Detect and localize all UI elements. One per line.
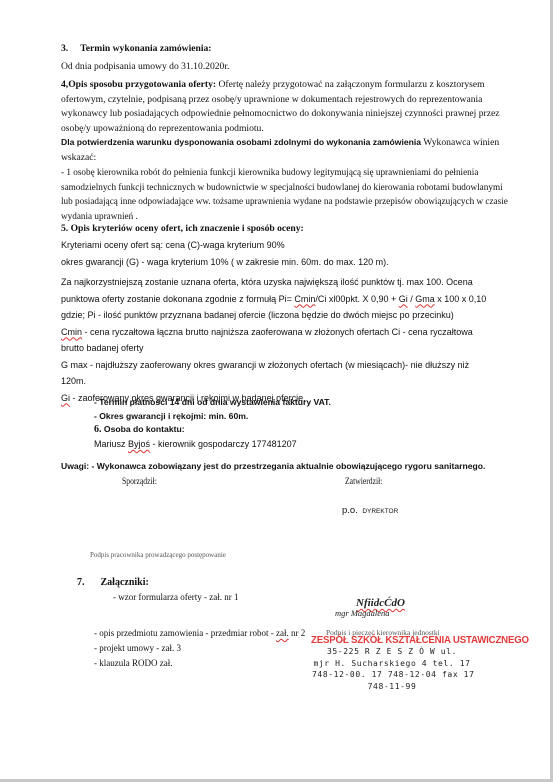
section-4-line: ofertowym, czytelnie, podpisaną przez os… [61, 93, 501, 108]
contact-first-name: Mariusz [94, 439, 128, 449]
formula-cmin: Cmin [294, 294, 315, 304]
notes: Uwagi: - Wykonawca zobowiązany jest do p… [61, 461, 485, 471]
director-label: p.o. DYREKTOR [342, 500, 398, 518]
attachment-item: - opis przedmiotu zamowienia - przedmiar… [94, 628, 305, 638]
formula-text: punktowa oferty zostanie dokonana zgodni… [61, 294, 294, 304]
document-page: 3.Termin wykonania zamówienia: Od dnia p… [0, 0, 553, 782]
section-4-heading: 4,Opis sposobu przygotowania oferty: [61, 79, 216, 90]
section-4-line: osobę/y upoważnioną do reprezentowania p… [61, 122, 501, 137]
section-4-line: wykonawcy lub posiadających odpowiednie … [61, 107, 501, 122]
attachment-flag: zał. [276, 628, 289, 638]
qualification-intro-rest: Wykonawca winien [421, 137, 499, 148]
qualification-line: wskazać: [61, 151, 501, 166]
formula-line: Za najkorzystniejszą zostanie uznana ofe… [61, 274, 511, 291]
qualification-line: wydania uprawnień . [61, 209, 501, 224]
attachment-item: - projekt umowy - zał. 3 [94, 643, 181, 653]
section-7-heading: 7.Załączniki: [77, 577, 149, 588]
stamp-address-line: 748-11-99 [312, 681, 472, 693]
criterion-warranty: okres gwarancji (G) - waga kryterium 10%… [61, 254, 486, 271]
director-prefix: p.o. [342, 505, 358, 516]
formula-gma: Gma [415, 294, 435, 304]
formula-line: punktowa oferty zostanie dokonana zgodni… [61, 291, 511, 308]
formula-text: x 100 x 0,10 [435, 294, 487, 304]
formula-gi: Gi [61, 393, 70, 403]
qualification-intro: Dla potwierdzenia warunku dysponowania o… [61, 137, 421, 147]
section-title: Załączniki: [101, 577, 149, 588]
section-number: 7. [77, 577, 85, 588]
qualification-line: samodzielnych funkcji technicznych w bud… [61, 180, 501, 195]
section-4-line: Ofertę należy przygotować na załączonym … [216, 79, 485, 90]
approved-by-label: Zatwierdził: [345, 476, 382, 486]
contact-details: - kierownik gospodarczy 177481207 [150, 439, 297, 449]
formula-text: /Ci xl00pkt. X 0,90 + [315, 294, 398, 304]
qualification-line: lub posiadającą inne odpowiadające ww. t… [61, 194, 501, 209]
signature-name: mgr Magdalena [335, 608, 390, 618]
formula-paragraph: Za najkorzystniejszą zostanie uznana ofe… [61, 274, 511, 406]
section-title: Termin wykonania zamówienia: [80, 43, 211, 54]
formula-line: G max - najdłuższy zaoferowany okres gwa… [61, 357, 511, 374]
contact-surname: Byjoś [128, 439, 150, 449]
section-3-heading: 3.Termin wykonania zamówienia: [61, 43, 212, 54]
formula-line: 120m. [61, 373, 511, 390]
section-5-heading: 5. Opis kryteriów oceny ofert, ich znacz… [61, 223, 304, 234]
section-number: 6. [94, 424, 102, 435]
stamp-address-line: 35-225 R Z E S Z Ó W ul. [312, 646, 472, 658]
attachment-text: - opis przedmiotu zamowienia - przedmiar… [94, 628, 276, 638]
section-6-heading: 6. Osoba do kontaktu: [94, 424, 185, 435]
attachment-text: nr 2 [289, 628, 306, 638]
warranty-term: - Okres gwarancji i rękojmi: min. 60m. [94, 411, 248, 421]
formula-cmin: Cmin [61, 327, 82, 337]
stamp-address: 35-225 R Z E S Z Ó W ul. mjr H. Sucharsk… [312, 646, 472, 692]
stamp-address-line: mjr H. Sucharskiego 4 tel. 17 [312, 658, 472, 670]
prepared-by-label: Sporządził: [122, 476, 157, 486]
section-4-paragraph: 4,Opis sposobu przygotowania oferty: Ofe… [61, 78, 501, 136]
qualification-line: - 1 osobę kierownika robót do pełnienia … [61, 165, 501, 180]
attachment-item: - klauzula RODO zał. [94, 658, 172, 668]
qualification-paragraph: Dla potwierdzenia warunku dysponowania o… [61, 135, 501, 223]
attachment-item: - wzor formularza oferty - zał. nr 1 [113, 592, 238, 602]
criterion-price: Kryteriami oceny ofert są: cena (C)-waga… [61, 237, 486, 254]
formula-text: - cena ryczałtowa łączna brutto najniższ… [82, 327, 473, 337]
section-3-text: Od dnia podpisania umowy do 31.10.2020r. [61, 61, 229, 72]
stamp-address-line: 748-12-00. 17 748-12-04 fax 17 [312, 669, 472, 681]
formula-line: gdzie; Pi - ilość punktów przyznana bada… [61, 307, 511, 324]
payment-term: - Termin płatności 14 dni od dnia wystaw… [94, 397, 331, 407]
formula-line: brutto badanej oferty [61, 340, 511, 357]
contact-person: Mariusz Byjoś - kierownik gospodarczy 17… [94, 439, 297, 449]
formula-gi: Gi [399, 294, 408, 304]
section-number: 3. [61, 43, 68, 54]
formula-line: Cmin - cena ryczałtowa łączna brutto naj… [61, 324, 511, 341]
stamp-institution: ZESPÓŁ SZKÓŁ KSZTAŁCENIA USTAWICZNEGO [311, 634, 529, 646]
criteria-list: Kryteriami oceny ofert są: cena (C)-waga… [61, 237, 486, 270]
director-title: DYREKTOR [362, 508, 398, 515]
section-title: Osoba do kontaktu: [102, 424, 185, 434]
employee-signature-caption: Podpis pracownika prowadzącego postępowa… [90, 551, 226, 559]
